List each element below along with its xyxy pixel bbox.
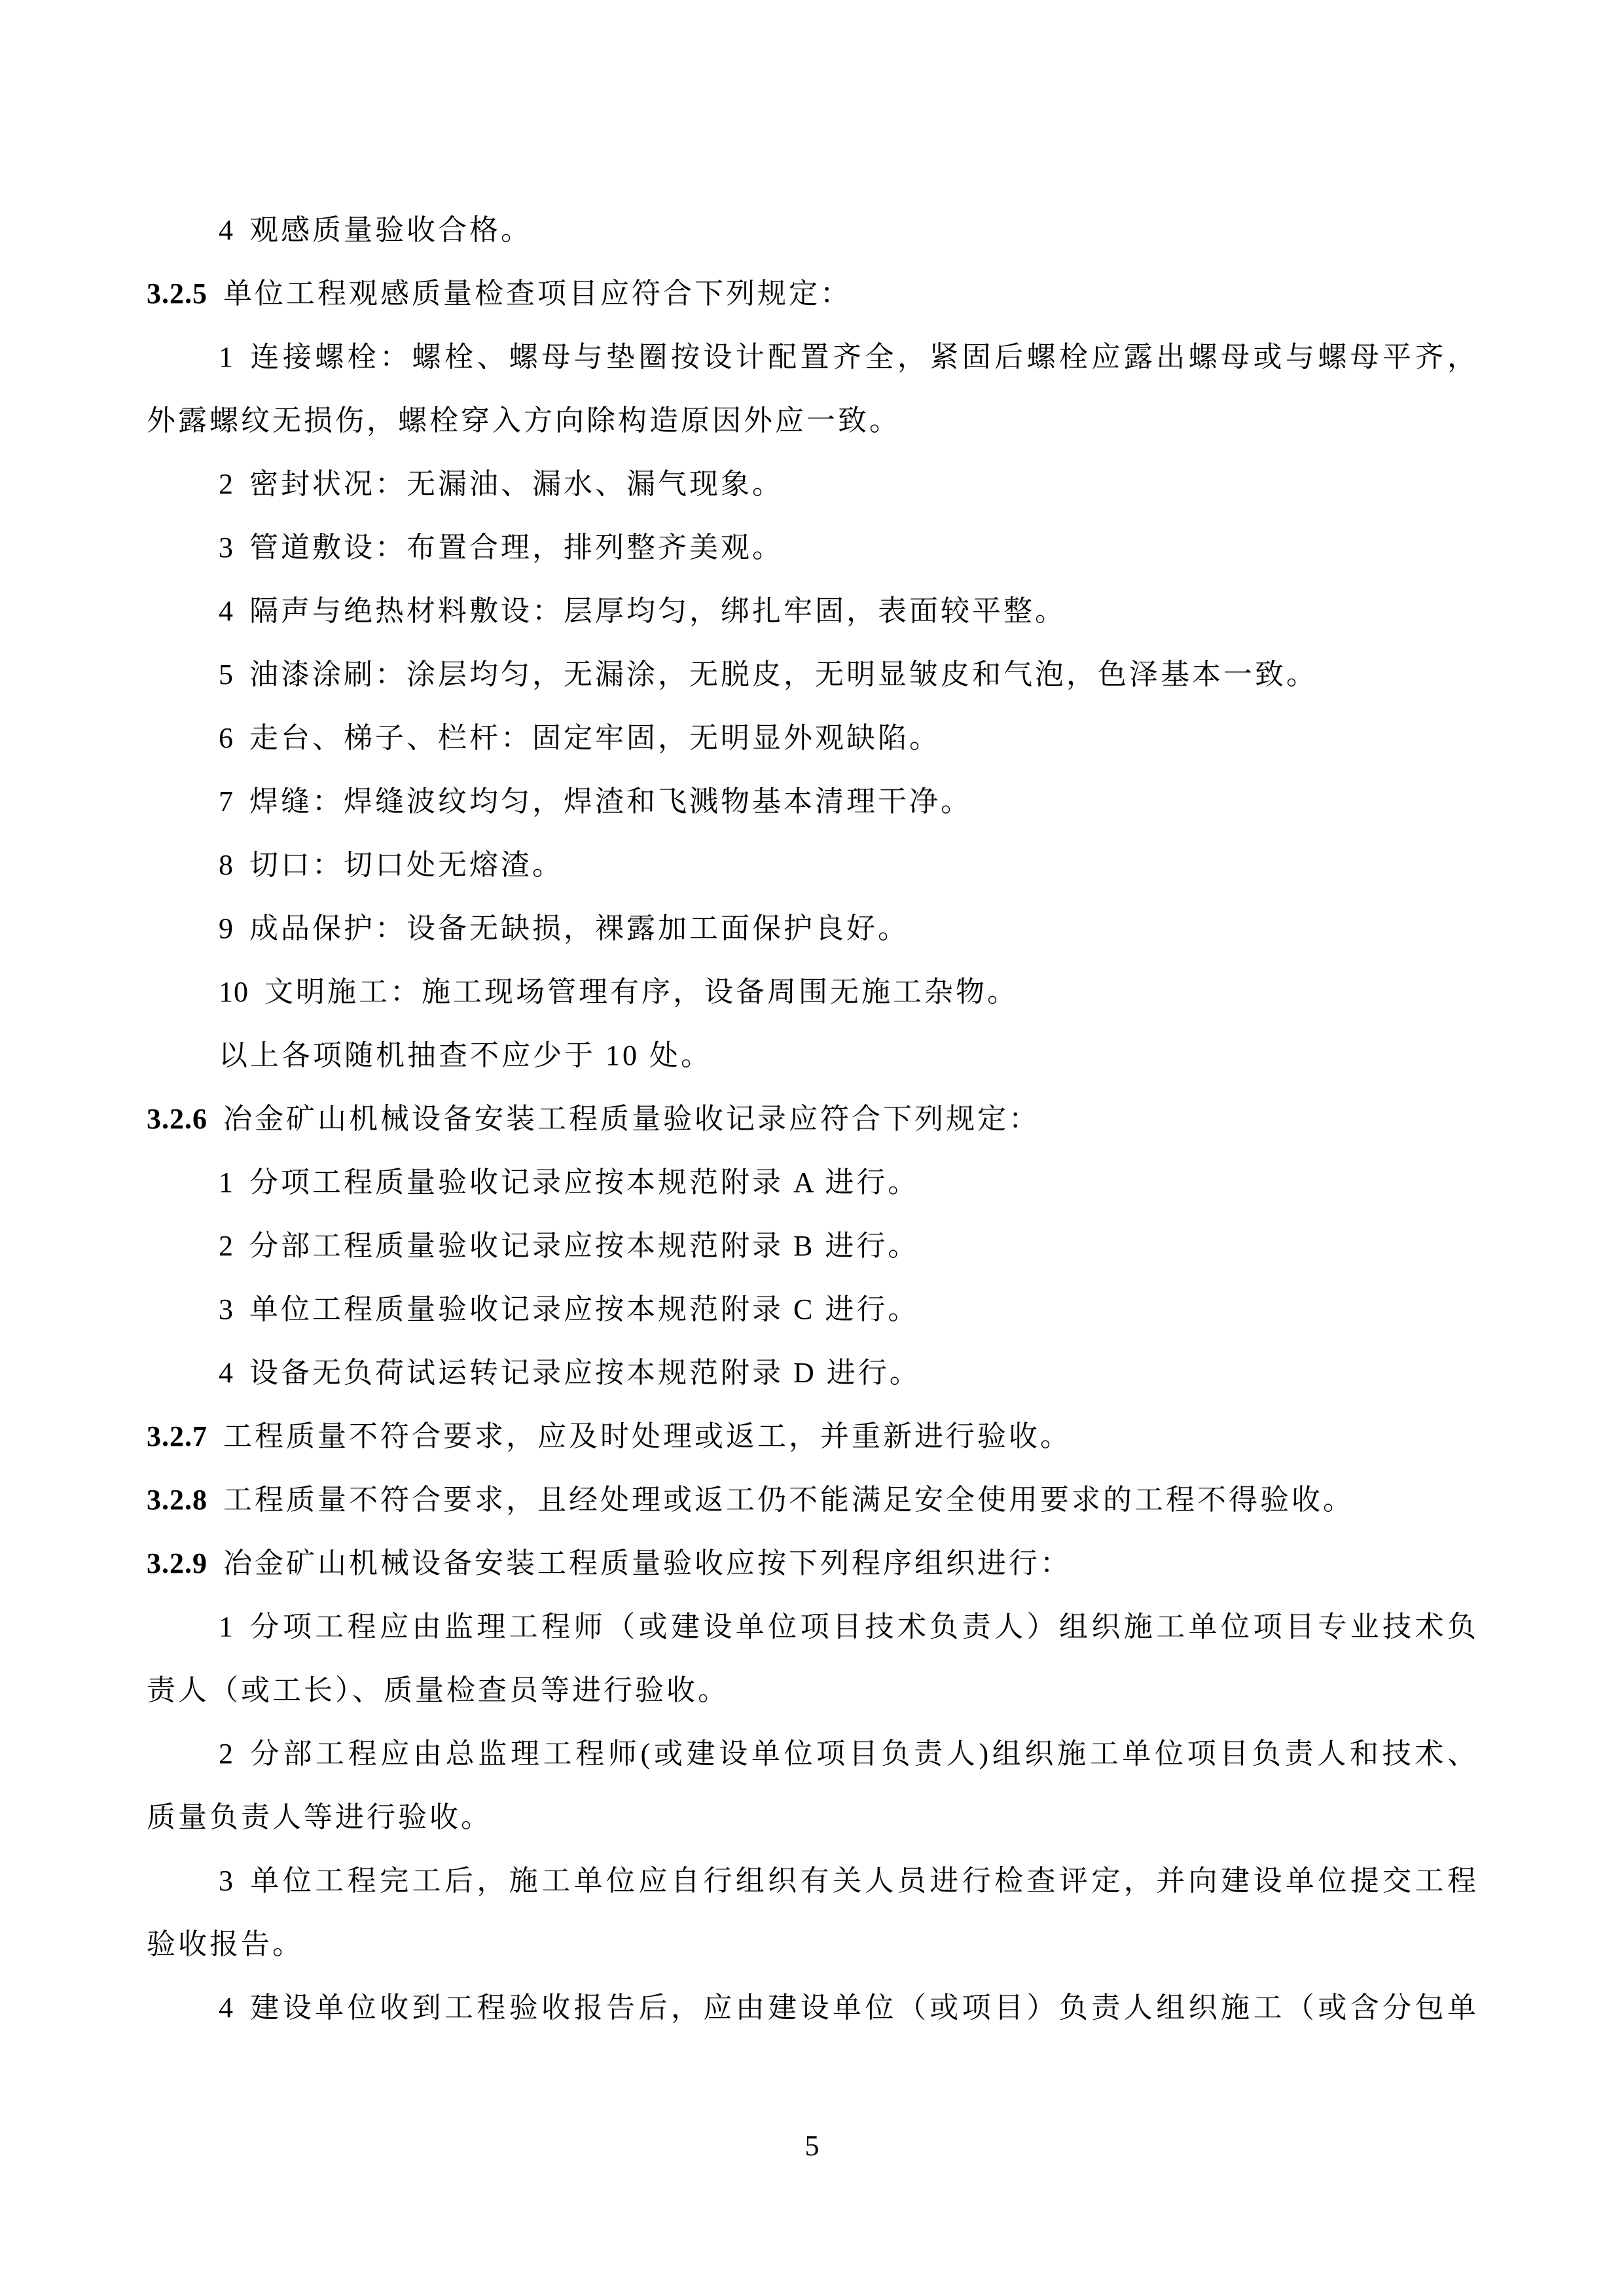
item-text: 分部工程质量验收记录应按本规范附录 B 进行。 bbox=[249, 1230, 919, 1262]
section-text: 冶金矿山机械设备安装工程质量验收应按下列程序组织进行： bbox=[223, 1547, 1072, 1579]
section-number: 3.2.9 bbox=[147, 1547, 208, 1579]
section-heading-3-2-7: 3.2.7工程质量不符合要求，应及时处理或返工，并重新进行验收。 bbox=[147, 1405, 1479, 1468]
clause-item: 4隔声与绝热材料敷设：层厚均匀，绑扎牢固，表面较平整。 bbox=[147, 579, 1479, 643]
item-text: 观感质量验收合格。 bbox=[249, 214, 532, 246]
item-text: 单位工程质量验收记录应按本规范附录 C 进行。 bbox=[249, 1293, 919, 1325]
paragraph-text: 验收报告。 bbox=[147, 1928, 304, 1960]
section-heading-3-2-5: 3.2.5单位工程观感质量检查项目应符合下列规定： bbox=[147, 262, 1479, 325]
item-number: 4 bbox=[219, 595, 234, 627]
item-number: 1 bbox=[219, 341, 234, 373]
clause-item: 5油漆涂刷：涂层均匀，无漏涂，无脱皮，无明显皱皮和气泡，色泽基本一致。 bbox=[147, 643, 1479, 706]
page-number: 5 bbox=[0, 2114, 1624, 2178]
clause-item: 3单位工程质量验收记录应按本规范附录 C 进行。 bbox=[147, 1278, 1479, 1341]
item-text: 成品保护：设备无缺损，裸露加工面保护良好。 bbox=[249, 912, 909, 944]
item-number: 1 bbox=[219, 1166, 234, 1198]
section-text: 工程质量不符合要求，且经处理或返工仍不能满足安全使用要求的工程不得验收。 bbox=[223, 1484, 1354, 1516]
item-text: 隔声与绝热材料敷设：层厚均匀，绑扎牢固，表面较平整。 bbox=[249, 595, 1066, 627]
clause-item: 4观感质量验收合格。 bbox=[147, 198, 1479, 262]
clause-item: 4设备无负荷试运转记录应按本规范附录 D 进行。 bbox=[147, 1341, 1479, 1405]
continuation-line: 外露螺纹无损伤，螺栓穿入方向除构造原因外应一致。 bbox=[147, 389, 1479, 452]
clause-item: 3管道敷设：布置合理，排列整齐美观。 bbox=[147, 516, 1479, 579]
clause-item: 2分部工程质量验收记录应按本规范附录 B 进行。 bbox=[147, 1214, 1479, 1278]
clause-item: 6走台、梯子、栏杆：固定牢固，无明显外观缺陷。 bbox=[147, 706, 1479, 770]
section-heading-3-2-6: 3.2.6冶金矿山机械设备安装工程质量验收记录应符合下列规定： bbox=[147, 1087, 1479, 1151]
item-number: 7 bbox=[219, 785, 234, 817]
continuation-line: 验收报告。 bbox=[147, 1912, 1479, 1976]
paragraph-text: 外露螺纹无损伤，螺栓穿入方向除构造原因外应一致。 bbox=[147, 404, 901, 437]
clause-item: 7焊缝：焊缝波纹均匀，焊渣和飞溅物基本清理干净。 bbox=[147, 770, 1479, 833]
item-text: 油漆涂刷：涂层均匀，无漏涂，无脱皮，无明显皱皮和气泡，色泽基本一致。 bbox=[249, 658, 1318, 691]
item-number: 6 bbox=[219, 722, 234, 754]
paragraph-text: 责人（或工长）、质量检查员等进行验收。 bbox=[147, 1674, 729, 1706]
item-number: 2 bbox=[219, 1738, 234, 1770]
clause-item: 10文明施工：施工现场管理有序，设备周围无施工杂物。 bbox=[147, 960, 1479, 1024]
document-page: 4观感质量验收合格。 3.2.5单位工程观感质量检查项目应符合下列规定： 1连接… bbox=[0, 0, 1624, 2296]
item-text: 切口：切口处无熔渣。 bbox=[249, 849, 564, 881]
continuation-line: 责人（或工长）、质量检查员等进行验收。 bbox=[147, 1659, 1479, 1722]
section-heading-3-2-8: 3.2.8工程质量不符合要求，且经处理或返工仍不能满足安全使用要求的工程不得验收… bbox=[147, 1468, 1479, 1532]
clause-item: 1分项工程应由监理工程师（或建设单位项目技术负责人）组织施工单位项目专业技术负 bbox=[147, 1595, 1479, 1659]
item-number: 1 bbox=[219, 1611, 234, 1643]
paragraph-text: 以上各项随机抽查不应少于 10 处。 bbox=[219, 1039, 712, 1071]
item-text: 焊缝：焊缝波纹均匀，焊渣和飞溅物基本清理干净。 bbox=[249, 785, 972, 817]
document-body: 4观感质量验收合格。 3.2.5单位工程观感质量检查项目应符合下列规定： 1连接… bbox=[147, 198, 1479, 2039]
item-text: 文明施工：施工现场管理有序，设备周围无施工杂物。 bbox=[264, 976, 1019, 1008]
section-text: 单位工程观感质量检查项目应符合下列规定： bbox=[223, 278, 852, 310]
item-number: 2 bbox=[219, 468, 234, 500]
note-line: 以上各项随机抽查不应少于 10 处。 bbox=[147, 1024, 1479, 1087]
item-text: 单位工程完工后，施工单位应自行组织有关人员进行检查评定，并向建设单位提交工程 bbox=[249, 1865, 1479, 1897]
section-text: 冶金矿山机械设备安装工程质量验收记录应符合下列规定： bbox=[223, 1103, 1040, 1135]
item-text: 分项工程质量验收记录应按本规范附录 A 进行。 bbox=[249, 1166, 919, 1198]
clause-item: 8切口：切口处无熔渣。 bbox=[147, 833, 1479, 897]
section-number: 3.2.6 bbox=[147, 1103, 208, 1135]
item-text: 分部工程应由总监理工程师(或建设单位项目负责人)组织施工单位项目负责人和技术、 bbox=[249, 1738, 1479, 1770]
section-number: 3.2.7 bbox=[147, 1420, 208, 1452]
item-text: 建设单位收到工程验收报告后，应由建设单位（或项目）负责人组织施工（或含分包单 bbox=[249, 1992, 1479, 2024]
item-text: 连接螺栓：螺栓、螺母与垫圈按设计配置齐全，紧固后螺栓应露出螺母或与螺母平齐， bbox=[249, 341, 1479, 373]
clause-item: 1连接螺栓：螺栓、螺母与垫圈按设计配置齐全，紧固后螺栓应露出螺母或与螺母平齐， bbox=[147, 325, 1479, 389]
item-text: 分项工程应由监理工程师（或建设单位项目技术负责人）组织施工单位项目专业技术负 bbox=[249, 1611, 1479, 1643]
item-text: 走台、梯子、栏杆：固定牢固，无明显外观缺陷。 bbox=[249, 722, 941, 754]
section-number: 3.2.5 bbox=[147, 278, 208, 310]
item-number: 4 bbox=[219, 214, 234, 246]
section-number: 3.2.8 bbox=[147, 1484, 208, 1516]
item-number: 2 bbox=[219, 1230, 234, 1262]
paragraph-text: 质量负责人等进行验收。 bbox=[147, 1801, 492, 1833]
clause-item: 1分项工程质量验收记录应按本规范附录 A 进行。 bbox=[147, 1151, 1479, 1214]
item-number: 4 bbox=[219, 1992, 234, 2024]
section-heading-3-2-9: 3.2.9冶金矿山机械设备安装工程质量验收应按下列程序组织进行： bbox=[147, 1532, 1479, 1595]
section-text: 工程质量不符合要求，应及时处理或返工，并重新进行验收。 bbox=[223, 1420, 1072, 1452]
item-number: 9 bbox=[219, 912, 234, 944]
item-number: 3 bbox=[219, 531, 234, 564]
clause-item: 3单位工程完工后，施工单位应自行组织有关人员进行检查评定，并向建设单位提交工程 bbox=[147, 1849, 1479, 1912]
item-text: 设备无负荷试运转记录应按本规范附录 D 进行。 bbox=[249, 1357, 921, 1389]
item-number: 8 bbox=[219, 849, 234, 881]
clause-item: 2分部工程应由总监理工程师(或建设单位项目负责人)组织施工单位项目负责人和技术、 bbox=[147, 1722, 1479, 1785]
item-number: 3 bbox=[219, 1865, 234, 1897]
clause-item: 9成品保护：设备无缺损，裸露加工面保护良好。 bbox=[147, 897, 1479, 960]
item-number: 4 bbox=[219, 1357, 234, 1389]
item-number: 5 bbox=[219, 658, 234, 691]
item-text: 密封状况：无漏油、漏水、漏气现象。 bbox=[249, 468, 784, 500]
item-text: 管道敷设：布置合理，排列整齐美观。 bbox=[249, 531, 784, 564]
item-number: 3 bbox=[219, 1293, 234, 1325]
clause-item: 4建设单位收到工程验收报告后，应由建设单位（或项目）负责人组织施工（或含分包单 bbox=[147, 1976, 1479, 2039]
clause-item: 2密封状况：无漏油、漏水、漏气现象。 bbox=[147, 452, 1479, 516]
continuation-line: 质量负责人等进行验收。 bbox=[147, 1785, 1479, 1849]
item-number: 10 bbox=[219, 976, 249, 1008]
